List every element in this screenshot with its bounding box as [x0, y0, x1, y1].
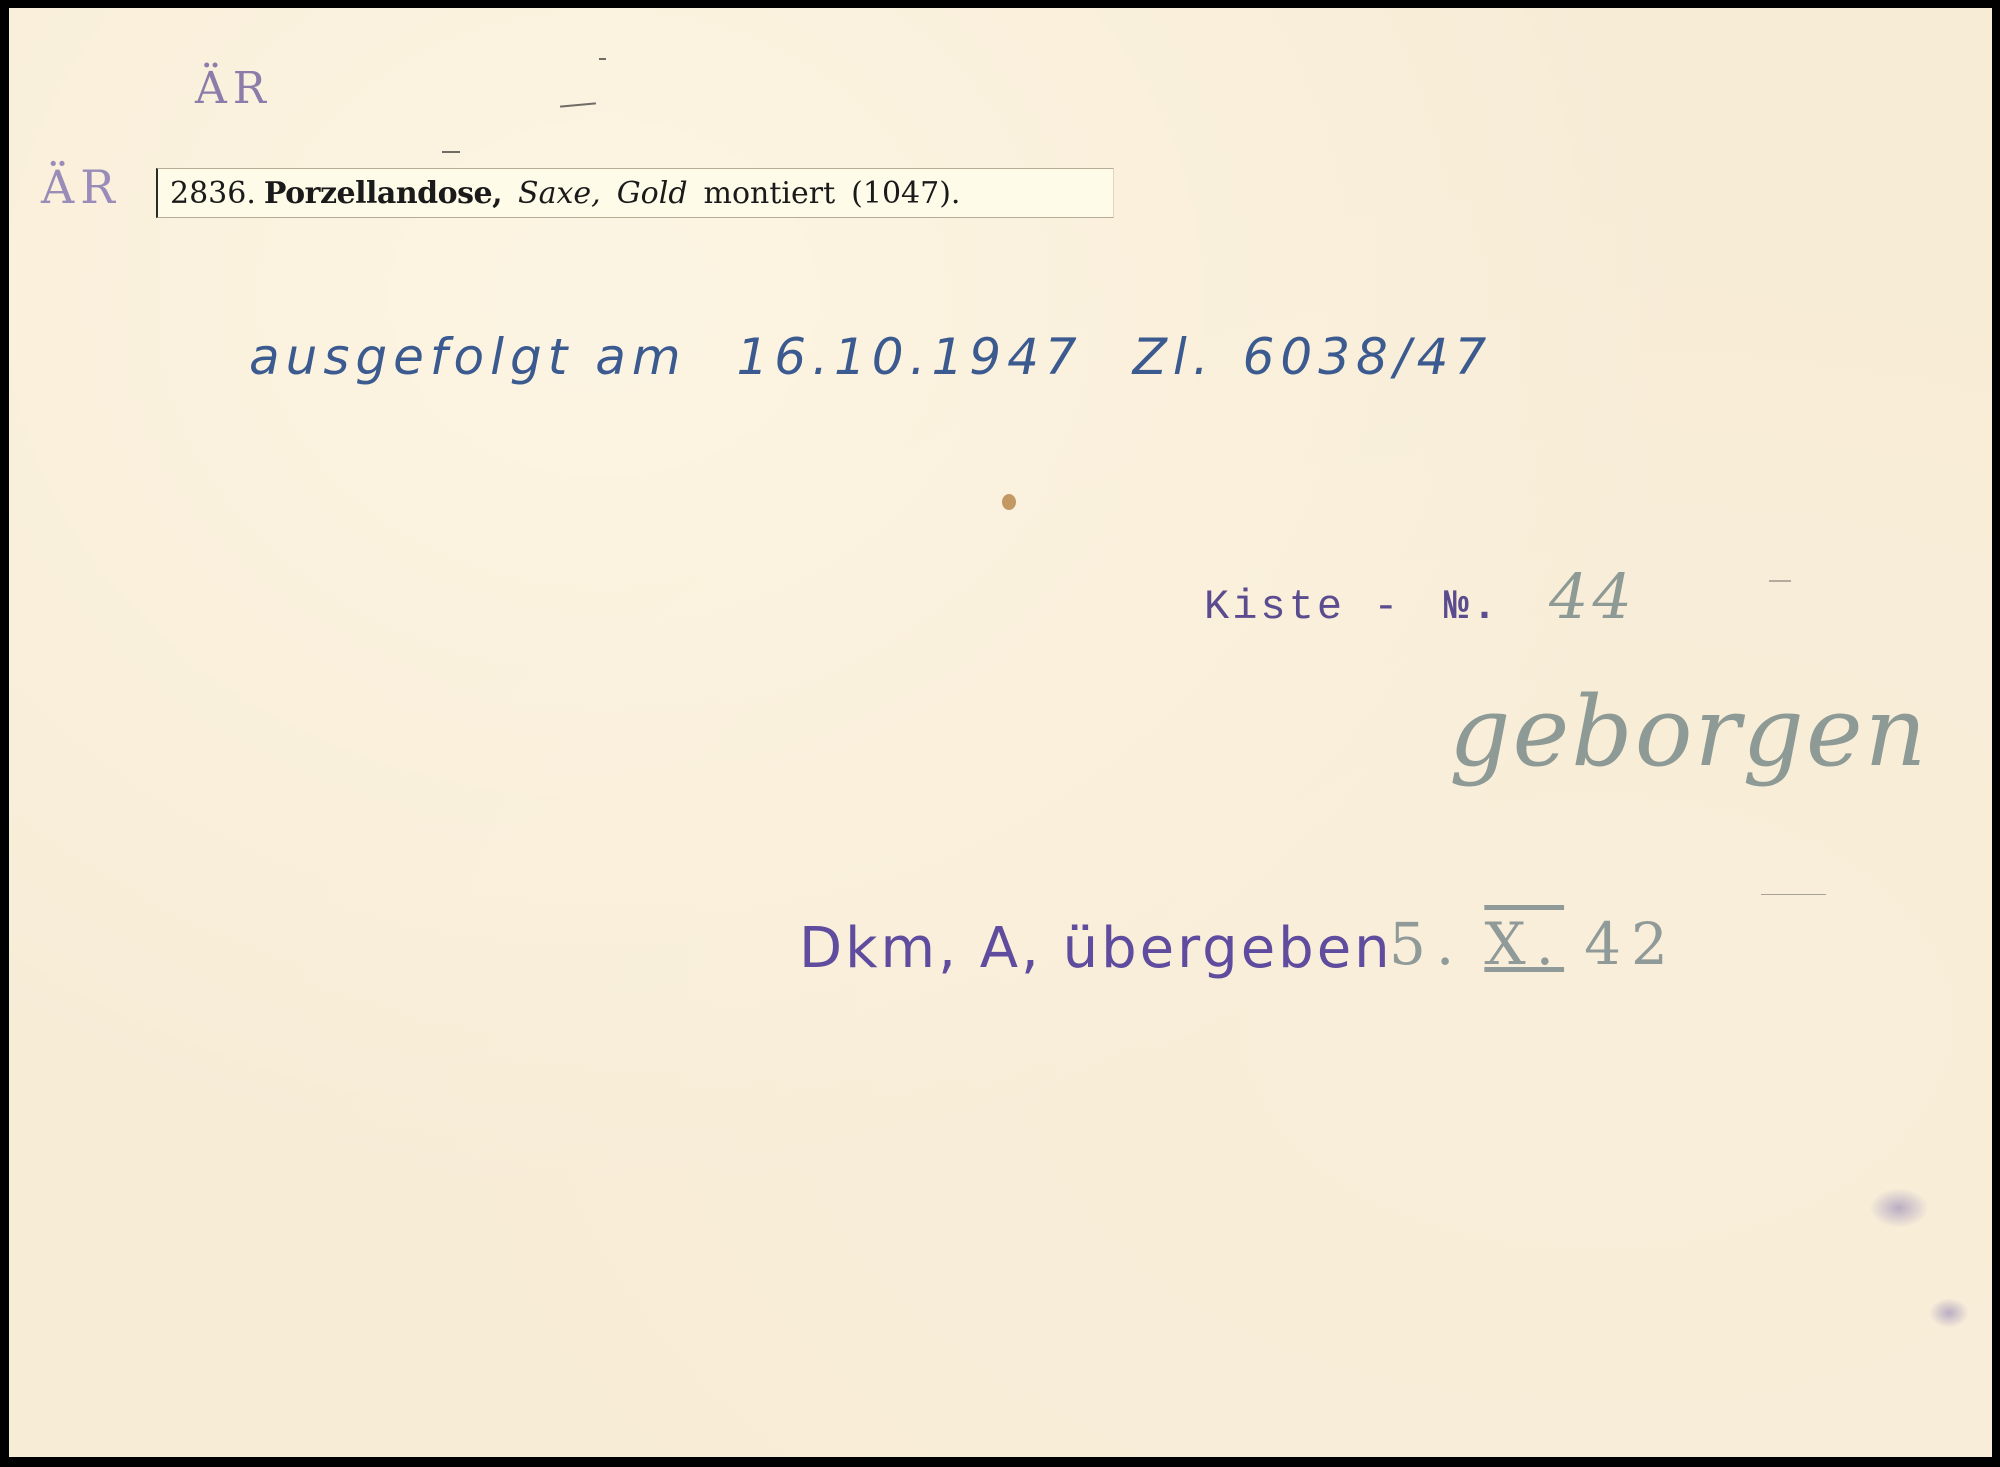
ar-stamp-left: ÄR	[41, 160, 121, 214]
file-number: 6038/47	[1243, 328, 1493, 386]
file-prefix: Zl.	[1133, 328, 1215, 386]
crate-stamp: Kiste - №.	[1204, 583, 1500, 631]
stray-mark	[442, 151, 460, 153]
stray-mark	[560, 102, 596, 107]
object-origin: Saxe,	[518, 176, 601, 211]
release-date: 16.10.1947	[736, 328, 1082, 386]
object-reference: (1047).	[851, 176, 960, 211]
handwritten-release-entry: ausgefolgt am 16.10.1947 Zl. 6038/47	[249, 328, 1520, 386]
stray-mark	[1761, 894, 1826, 895]
object-title: Porzellandose,	[264, 176, 502, 211]
ink-smudge	[1929, 1298, 1969, 1328]
transfer-day: 5.	[1389, 910, 1464, 978]
crate-number-handwritten: 44	[1549, 560, 1636, 633]
object-description: montiert	[704, 176, 836, 211]
catalog-label-strip: 2836. Porzellandose, Saxe, Gold montiert…	[156, 168, 1114, 218]
archive-index-card: ÄR ÄR 2836. Porzellandose, Saxe, Gold mo…	[9, 8, 1992, 1457]
stray-mark	[1769, 580, 1791, 582]
transfer-month-roman: X.	[1484, 910, 1564, 978]
pencil-note-geborgen: geborgen	[1449, 676, 1929, 788]
crate-number-label: №.	[1444, 583, 1500, 631]
ar-stamp-top: ÄR	[195, 63, 272, 114]
stain-spot	[1002, 494, 1016, 510]
ink-smudge	[1869, 1188, 1929, 1228]
catalog-number: 2836.	[170, 176, 256, 211]
transfer-stamp: Dkm, A, übergeben	[799, 916, 1393, 981]
stray-mark	[599, 58, 606, 60]
transfer-year: 42	[1584, 910, 1678, 978]
object-material: Gold	[617, 176, 688, 211]
release-phrase: ausgefolgt am	[249, 328, 687, 386]
crate-label: Kiste -	[1204, 583, 1401, 631]
transfer-date-handwritten: 5.X.42	[1389, 910, 1678, 978]
